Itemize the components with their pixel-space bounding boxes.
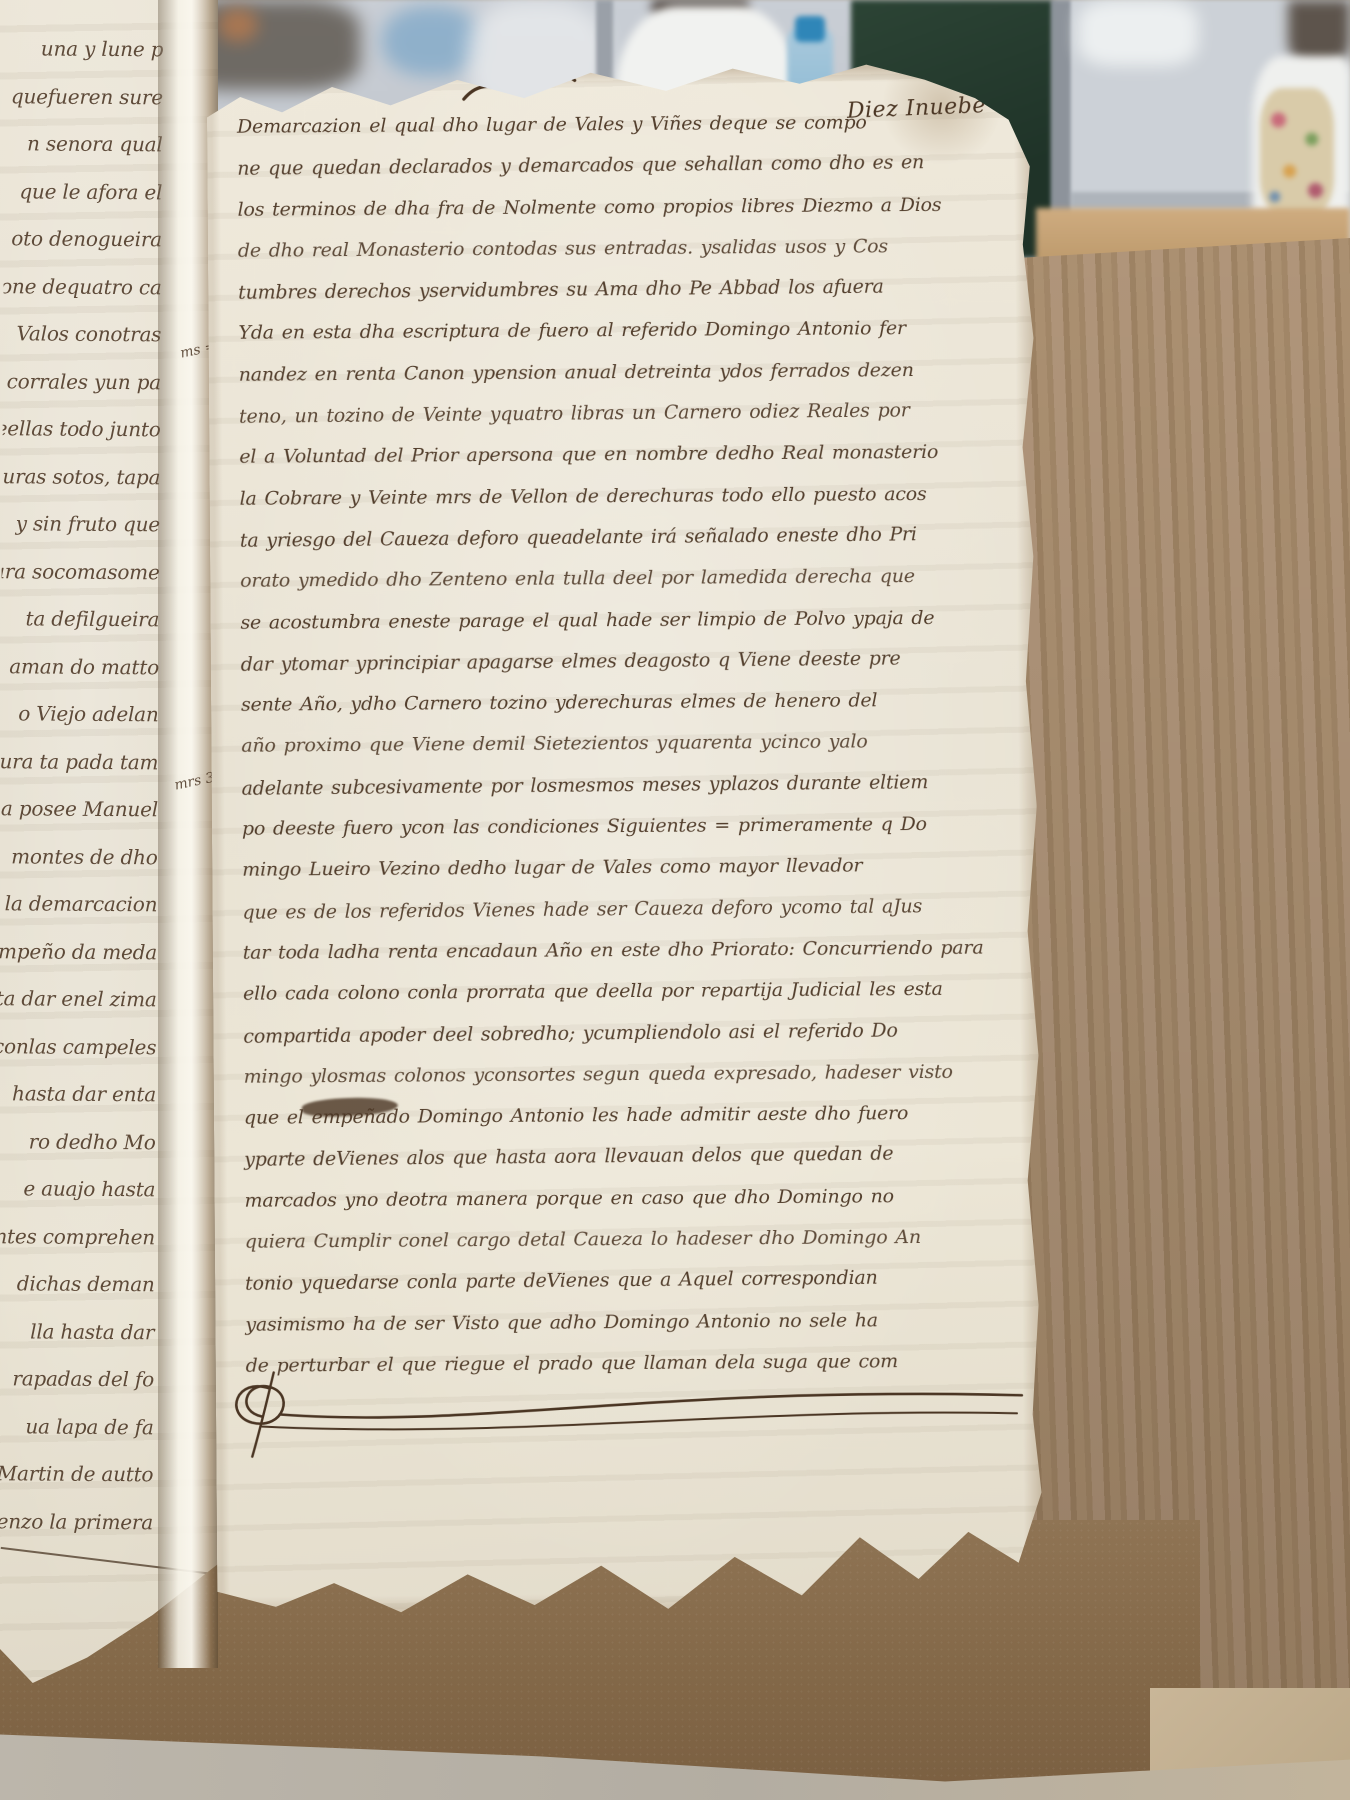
manuscript-line-fragment: lla hasta dar <box>0 1308 154 1357</box>
manuscript-line-fragment: deellas todo junto <box>2 405 160 454</box>
manuscript-line: mingo Lueiro Vezino dedho lugar de Vales… <box>242 845 1033 892</box>
scribe-paraph-icon <box>222 1365 1033 1461</box>
manuscript-line-fragment: Valos conotras <box>3 310 161 359</box>
manuscript-line-fragment: e la demarcacion <box>0 880 157 929</box>
manuscript-line: yasimismo ha de ser Visto que adho Domin… <box>245 1299 1036 1346</box>
manuscript-line: Yda en esta dha escriptura de fuero al r… <box>238 308 1029 355</box>
manuscript-line: que es de los referidos Vienes hade ser … <box>242 885 1033 934</box>
manuscript-line-fragment: menzo la primera <box>0 1498 153 1547</box>
manuscript-line-fragment: montes de dho <box>0 833 158 882</box>
manuscript-line-fragment: corrales yun pa <box>3 358 161 407</box>
manuscript-line-fragment: empeño da meda <box>0 928 157 977</box>
manuscript-line: de dho real Monasterio contodas sus entr… <box>238 225 1029 272</box>
manuscript-line-fragment: o Viejo adelan <box>0 690 158 739</box>
manuscript-line-fragment: ura socomasome <box>1 548 159 597</box>
manuscript-line: año proximo que Viene demil Sietezientos… <box>241 721 1032 768</box>
manuscript-line: nandez en renta Canon ypension anual det… <box>239 349 1030 396</box>
manuscript-line-fragment: hasta dar enta <box>0 1070 156 1119</box>
manuscript-line: ne que quedan declarados y demarcados qu… <box>237 141 1028 190</box>
manuscript-line: marcados yno deotra manera porque en cas… <box>244 1175 1035 1222</box>
manuscript-line-fragment: n senora qual <box>4 120 162 169</box>
manuscript-line-fragment: conlas campeles <box>0 1023 156 1072</box>
right-manuscript-page: Diez Inuebe Demarcazion el qual dho luga… <box>207 57 1053 1623</box>
blurred-white-coat <box>1078 0 1198 66</box>
manuscript-line: adelante subcesivamente por losmesmos me… <box>241 761 1032 810</box>
blurred-warm-shape <box>218 8 258 42</box>
manuscript-line: el a Voluntad del Prior apersona que en … <box>239 432 1030 479</box>
manuscript-line-fragment: ta defilgueira <box>1 595 159 644</box>
water-bottle-cap <box>795 16 825 42</box>
manuscript-line-fragment: quefueren sure <box>5 73 163 122</box>
manuscript-line: dar ytomar yprincipiar apagarse elmes de… <box>241 637 1032 686</box>
floral-scarf <box>1260 88 1334 216</box>
manuscript-line: los terminos de dha fra de Nolmente como… <box>237 184 1028 231</box>
manuscript-line-fragment: y sin fruto que <box>2 500 160 549</box>
manuscript-line: ello cada colono conla prorrata que deel… <box>243 968 1034 1015</box>
manuscript-line-fragment: que le afora el <box>4 168 162 217</box>
manuscript-line: la Cobrare y Veinte mrs de Vellon de der… <box>239 473 1030 520</box>
manuscript-line-fragment: uras sotos, tapa <box>2 453 160 502</box>
manuscript-line-fragment: a posee Manuel <box>0 785 158 834</box>
archive-photo-scene: una y lune pquefueren suren senora qualq… <box>0 0 1350 1800</box>
manuscript-line: Demarcazion el qual dho lugar de Vales y… <box>237 101 1028 148</box>
manuscript-line-fragment: rapadas del fo <box>0 1355 154 1404</box>
manuscript-line-fragment: entes comprehen <box>0 1213 155 1262</box>
manuscript-line: sente Año, ydho Carnero tozino yderechur… <box>241 679 1032 726</box>
manuscript-line: teno, un tozino de Veinte yquatro libras… <box>239 389 1030 438</box>
manuscript-line: ta yriesgo del Caueza deforo queadelante… <box>240 513 1031 562</box>
manuscript-line-fragment: dichas deman <box>0 1260 155 1309</box>
manuscript-line-fragment: Cura ta pada tam <box>0 738 158 787</box>
manuscript-line-fragment: aman do matto <box>1 643 159 692</box>
manuscript-line-fragment: ro dedho Mo <box>0 1118 156 1167</box>
manuscript-line-fragment: ua lapa de fa <box>0 1403 154 1452</box>
manuscript-line: tonio yquedarse conla parte deVienes que… <box>245 1256 1036 1305</box>
manuscript-line-fragment: asta dar enel zima <box>0 975 157 1024</box>
manuscript-line-fragment: pone dequatro ca <box>3 263 161 312</box>
manuscript-line: compartida apoder deel sobredho; ycumpli… <box>243 1009 1034 1058</box>
manuscript-text: Demarcazion el qual dho lugar de Vales y… <box>237 101 1037 1387</box>
manuscript-line-fragment: oto denogueira <box>4 215 162 264</box>
manuscript-line: yparte deVienes alos que hasta aora llev… <box>244 1133 1035 1182</box>
manuscript-line: se acostumbra eneste parage el qual hade… <box>240 597 1031 644</box>
glass-reflection <box>382 6 482 76</box>
manuscript-line: tumbres derechos yservidumbres su Ama dh… <box>238 265 1029 314</box>
manuscript-line: tar toda ladha renta encadaun Año en est… <box>243 927 1034 974</box>
manuscript-line: po deeste fuero ycon las condiciones Sig… <box>242 803 1033 850</box>
manuscript-line-fragment: e auajo hasta <box>0 1165 155 1214</box>
manuscript-line: orato ymedido dho Zenteno enla tulla dee… <box>240 555 1031 602</box>
manuscript-line: quiera Cumplir conel cargo detal Caueza … <box>245 1216 1036 1263</box>
manuscript-line-fragment: Martin de autto <box>0 1450 153 1499</box>
manuscript-line-fragment: una y lune p <box>5 25 163 74</box>
manuscript-line: mingo ylosmas colonos yconsortes segun q… <box>244 1051 1035 1098</box>
